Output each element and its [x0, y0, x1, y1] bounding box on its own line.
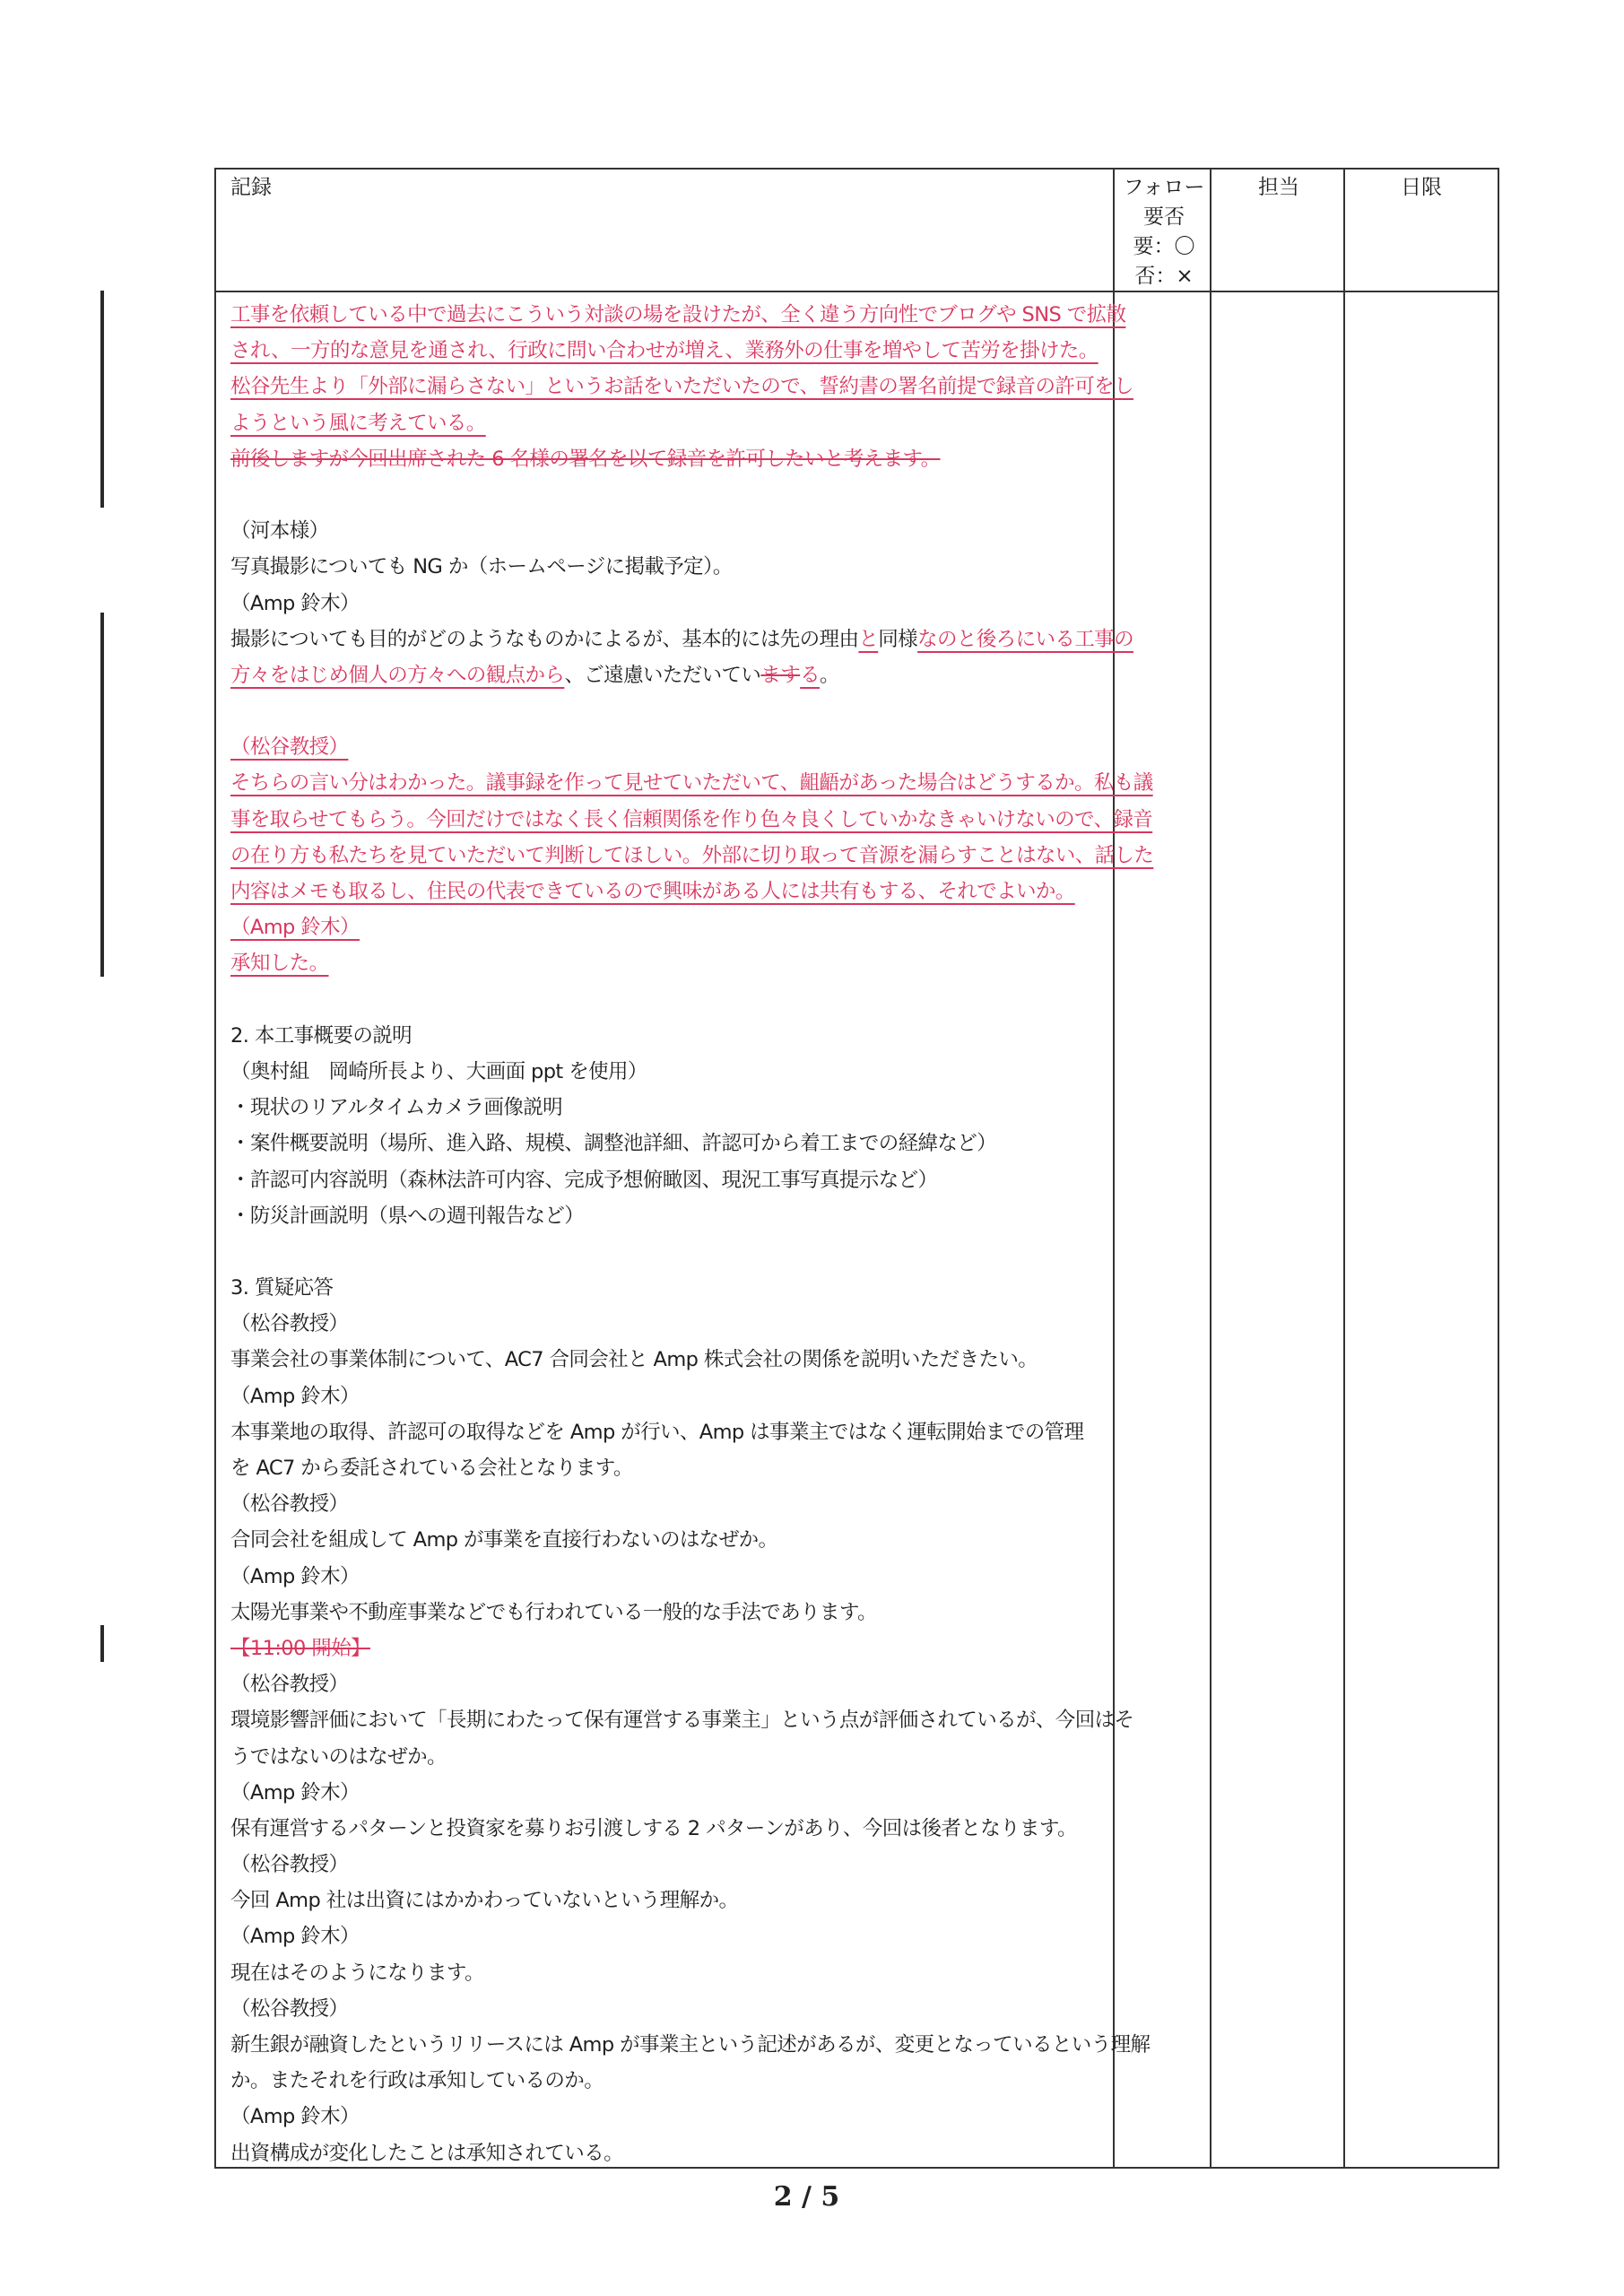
inserted-text: と	[858, 628, 878, 651]
minutes-table: 記録 フォロー 要否 要：〇 否：× 担当 日限 工事を依頼している中で過去にこ…	[214, 168, 1499, 2169]
question-text: 合同会社を組成して Amp が事業を直接行わないのはなぜか。	[230, 1522, 1118, 1558]
answer-text: 撮影についても目的がどのようなものかによるが、基本的には先の理由と同様なのと後ろ…	[230, 622, 1118, 657]
bullet-item: ・許認可内容説明（森林法許可内容、完成予想俯瞰図、現況工事写真提示など）	[230, 1162, 1118, 1198]
section-note: （奥村組 岡崎所長より、大画面 ppt を使用）	[230, 1054, 1118, 1090]
speaker-label: （Amp 鈴木）	[230, 909, 1118, 945]
column-divider	[1343, 170, 1345, 2167]
inserted-text: 方々をはじめ個人の方々への観点から	[230, 664, 564, 687]
answer-text: 出資構成が変化したことは承知されている。	[230, 2135, 1118, 2171]
header-assignee: 担当	[1212, 173, 1345, 203]
deleted-text: 前後しますが今回出席された 6 名様の署名を以て録音を許可したいと考えます。	[230, 441, 1118, 477]
header-record: 記録	[230, 173, 272, 203]
inserted-text: 事を取らせてもらう。今回だけではなく長く信頼関係を作り色々良くしていかなきゃいけ…	[230, 802, 1118, 838]
header-follow-up-line: フォロー	[1116, 173, 1212, 203]
deleted-text: ます	[760, 664, 800, 687]
answer-text: 太陽光事業や不動産事業などでも行われている一般的な手法であります。	[230, 1595, 1118, 1631]
revision-change-bar	[100, 613, 104, 977]
speaker-label: （松谷教授）	[230, 1306, 1118, 1342]
header-deadline: 日限	[1345, 173, 1498, 203]
speaker-label: （松谷教授）	[230, 729, 1118, 765]
answer-text: 保有運営するパターンと投資家を募りお引渡しする 2 パターンがあり、今回は後者と…	[230, 1811, 1118, 1847]
header-follow-up-line: 要否	[1116, 203, 1212, 232]
inserted-text: 工事を依頼している中で過去にこういう対談の場を設けたが、全く違う方向性でブログや…	[230, 297, 1118, 333]
inserted-text: そちらの言い分はわかった。議事録を作って見せていただいて、齟齬があった場合はどう…	[230, 765, 1118, 801]
question-text: 事業会社の事業体制について、AC7 合同会社と Amp 株式会社の関係を説明いた…	[230, 1342, 1118, 1378]
speaker-label: （Amp 鈴木）	[230, 1378, 1118, 1414]
question-text: か。またそれを行政は承知しているのか。	[230, 2063, 1118, 2099]
question-text: 新生銀が融資したというリリースには Amp が事業主という記述があるが、変更とな…	[230, 2027, 1118, 2063]
bullet-item: ・現状のリアルタイムカメラ画像説明	[230, 1090, 1118, 1126]
answer-text: 現在はそのようになります。	[230, 1955, 1118, 1991]
inserted-text: る	[800, 664, 820, 687]
inserted-text: ようという風に考えている。	[230, 405, 1118, 441]
inserted-text: の在り方も私たちを見ていただいて判断してほしい。外部に切り取って音源を漏らすこと…	[230, 838, 1118, 874]
answer-text: 方々をはじめ個人の方々への観点から、ご遠慮いただいていまする。	[230, 657, 1118, 693]
blank-line	[230, 693, 1118, 729]
header-follow-up-line: 否：×	[1116, 262, 1212, 291]
speaker-label: （Amp 鈴木）	[230, 1918, 1118, 1954]
header-follow-up-line: 要：〇	[1116, 232, 1212, 262]
inserted-text: され、一方的な意見を通され、行政に問い合わせが増え、業務外の仕事を増やして苦労を…	[230, 333, 1118, 369]
blank-line	[230, 982, 1118, 1018]
speaker-label: （松谷教授）	[230, 1486, 1118, 1522]
speaker-label: （Amp 鈴木）	[230, 1559, 1118, 1595]
inserted-text: なのと後ろにいる工事の	[917, 628, 1133, 651]
header-divider	[216, 291, 1498, 292]
question-text: うではないのはなぜか。	[230, 1739, 1118, 1775]
blank-line	[230, 1234, 1118, 1270]
question-text: 写真撮影についても NG か（ホームページに掲載予定）。	[230, 549, 1118, 585]
deleted-timestamp: 【11:00 開始】	[230, 1631, 1118, 1666]
speaker-label: （Amp 鈴木）	[230, 2099, 1118, 2135]
speaker-label: （松谷教授）	[230, 1847, 1118, 1883]
revision-change-bar	[100, 1625, 104, 1662]
page-number: 2 / 5	[0, 2181, 1624, 2213]
section-title: 2. 本工事概要の説明	[230, 1018, 1118, 1054]
speaker-label: （Amp 鈴木）	[230, 1775, 1118, 1811]
bullet-item: ・案件概要説明（場所、進入路、規模、調整池詳細、許認可から着工までの経緯など）	[230, 1126, 1118, 1161]
speaker-label: （河本様）	[230, 513, 1118, 549]
inserted-text: 松谷先生より「外部に漏らさない」というお話をいただいたので、誓約書の署名前提で録…	[230, 369, 1118, 404]
revision-change-bar	[100, 291, 104, 508]
speaker-label: （松谷教授）	[230, 1666, 1118, 1702]
blank-line	[230, 477, 1118, 513]
bullet-item: ・防災計画説明（県への週刊報告など）	[230, 1198, 1118, 1234]
answer-text: を AC7 から委託されている会社となります。	[230, 1450, 1118, 1486]
inserted-text: 承知した。	[230, 945, 1118, 981]
question-text: 環境影響評価において「長期にわたって保有運営する事業主」という点が評価されている…	[230, 1702, 1118, 1738]
answer-text: 本事業地の取得、許認可の取得などを Amp が行い、Amp は事業主ではなく運転…	[230, 1414, 1118, 1450]
section-title: 3. 質疑応答	[230, 1270, 1118, 1306]
column-divider	[1210, 170, 1211, 2167]
header-follow-up: フォロー 要否 要：〇 否：×	[1116, 173, 1212, 291]
inserted-text: 内容はメモも取るし、住民の代表できているので興味がある人には共有もする、それでよ…	[230, 874, 1118, 909]
speaker-label: （Amp 鈴木）	[230, 586, 1118, 622]
speaker-label: （松谷教授）	[230, 1991, 1118, 2027]
record-body: 工事を依頼している中で過去にこういう対談の場を設けたが、全く違う方向性でブログや…	[230, 297, 1118, 2171]
question-text: 今回 Amp 社は出資にはかかわっていないという理解か。	[230, 1883, 1118, 1918]
